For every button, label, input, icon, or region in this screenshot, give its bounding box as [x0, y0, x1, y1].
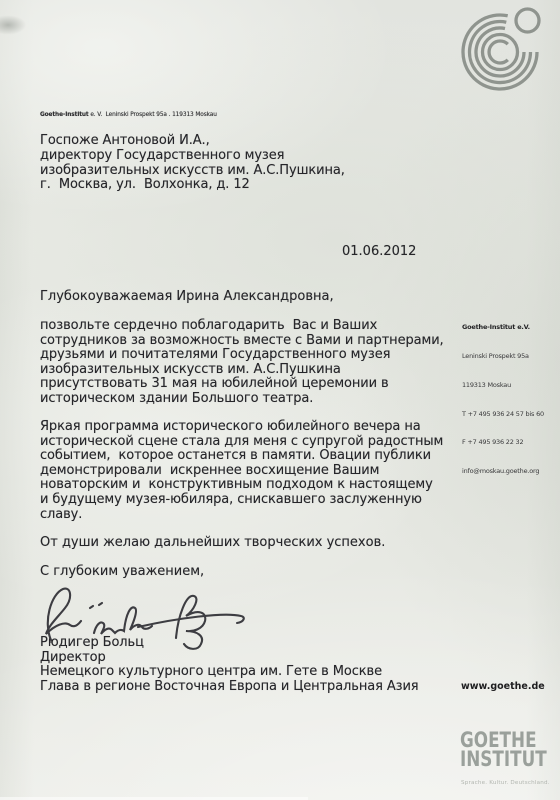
paragraph-2: Яркая программа исторического юбилейного… [40, 420, 443, 522]
body-line: новаторским и конструктивным подходом к … [40, 478, 443, 493]
contact-street: Leninski Prospekt 95a [462, 352, 544, 362]
contact-org-name: Goethe-Institut e.V. [462, 323, 544, 333]
body-line: присутствовать 31 мая на юбилейной церем… [40, 377, 444, 392]
body-line: позвольте сердечно поблагодарить Вас и В… [40, 319, 444, 334]
signer-name: Рюдигер Больц [40, 636, 419, 651]
sender-name: Goethe-Institut [40, 112, 89, 118]
recipient-line: Госпоже Антоновой И.А., [40, 134, 345, 149]
body-line: исторической сцене стала для меня с супр… [40, 435, 443, 450]
contact-city: 119313 Moskau [462, 381, 544, 391]
contact-block: Goethe-Institut e.V. Leninski Prospekt 9… [462, 304, 544, 496]
recipient-line: изобразительных искусств им. А.С.Пушкина… [40, 164, 345, 179]
goethe-logo-rings [463, 9, 539, 89]
signature-block: Рюдигер Больц Директор Немецкого культур… [40, 636, 419, 694]
sender-return-line: Goethe-Institut e. V. Leninski Prospekt … [40, 112, 217, 118]
wordmark-line: INSTITUT [460, 750, 547, 769]
salutation-text: Глубокоуважаемая Ирина Александровна, [40, 289, 334, 304]
goethe-wordmark: GOETHE INSTITUT [460, 731, 547, 768]
body-line: и будущему музея-юбиляра, снискавшего за… [40, 493, 443, 508]
signer-title: Директор [40, 651, 419, 666]
contact-email: info@moskau.goethe.org [462, 467, 544, 477]
body-line: историческом здании Большого театра. [40, 392, 444, 407]
paragraph-1: позвольте сердечно поблагодарить Вас и В… [40, 319, 444, 407]
signer-organization: Немецкого культурного центра им. Гете в … [40, 665, 419, 680]
recipient-block: Госпоже Антоновой И.А., директору Госуда… [40, 134, 345, 193]
letter-page: Goethe-Institut e. V. Leninski Prospekt … [0, 0, 560, 800]
date-text: 01.06.2012 [342, 244, 416, 259]
contact-phone: T +7 495 936 24 57 bis 60 [462, 410, 544, 420]
contact-fax: F +7 495 936 22 32 [462, 438, 544, 448]
website-text: www.goethe.de [461, 681, 545, 692]
recipient-line: г. Москва, ул. Волхонка, д. 12 [40, 178, 345, 193]
closing-wish-text: От души желаю дальнейших творческих успе… [40, 535, 385, 550]
valediction-text: С глубоким уважением, [40, 564, 204, 579]
body-line: сотрудников за возможность вместе с Вами… [40, 334, 444, 349]
sender-address: e. V. Leninski Prospekt 95a . 119313 Mos… [89, 112, 217, 118]
body-line: Яркая программа исторического юбилейного… [40, 420, 443, 435]
recipient-line: директору Государственного музея [40, 149, 345, 164]
goethe-logo-icon [458, 4, 546, 92]
body-line: друзьями и почитателями Государственного… [40, 348, 444, 363]
body-line: событием, которое останется в памяти. Ов… [40, 449, 443, 464]
signer-region: Глава в регионе Восточная Европа и Центр… [40, 680, 419, 695]
wordmark-tagline: Sprache. Kultur. Deutschland. [461, 780, 550, 786]
body-line: славу. [40, 508, 443, 523]
body-line: демонстрировали искреннее восхищение Ваш… [40, 464, 443, 479]
